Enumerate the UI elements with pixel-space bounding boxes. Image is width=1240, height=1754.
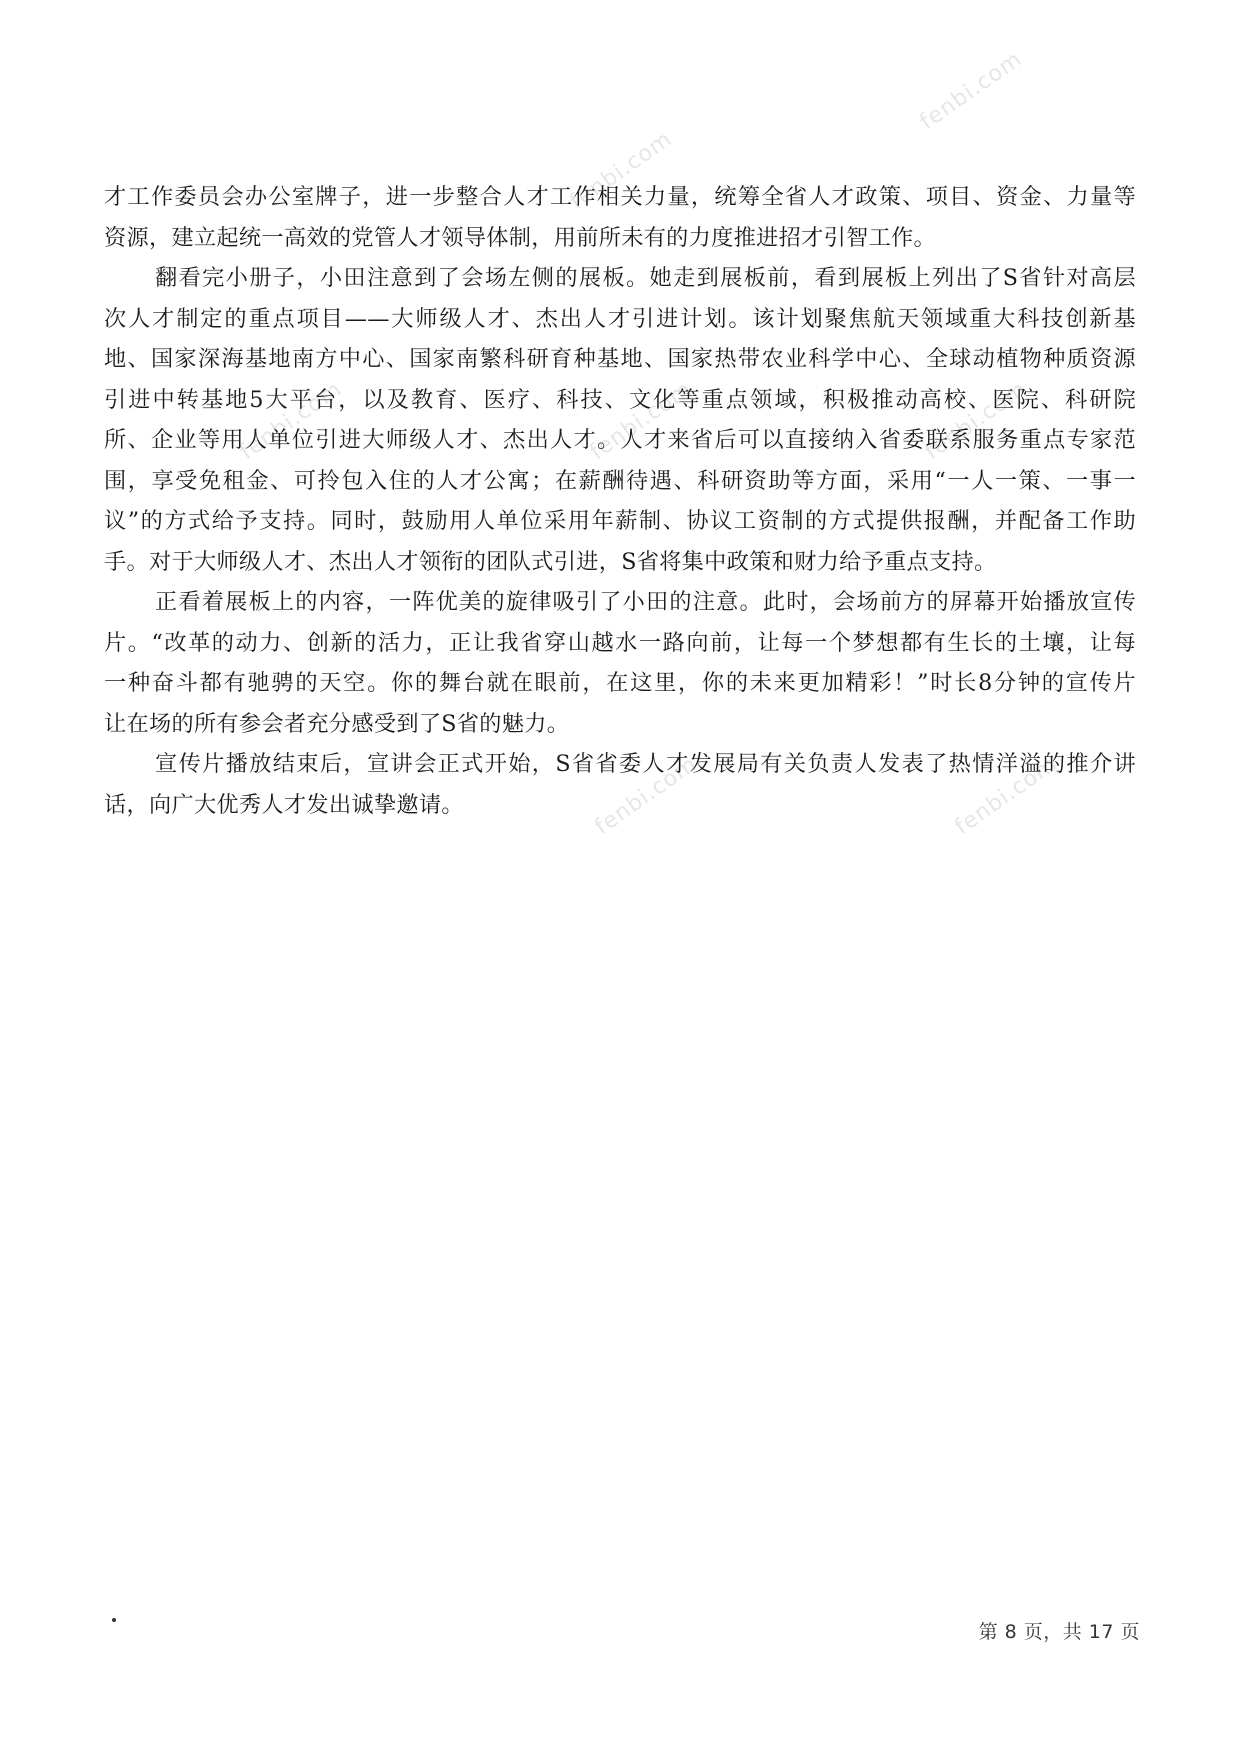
text-line: 片。“改革的动力、创新的活力，正让我省穿山越水一路向前，让每一个梦想都有生长的土… <box>104 623 1136 664</box>
text-line: 一种奋斗都有驰骋的天空。你的舞台就在眼前，在这里，你的未来更加精彩！”时长8分钟… <box>104 663 1136 704</box>
text-line: 资源，建立起统一高效的党管人才领导体制，用前所未有的力度推进招才引智工作。 <box>104 218 1136 259</box>
document-page: fenbi.com fenbi.com fenbi.com fenbi.com … <box>0 0 1240 1754</box>
paragraph-4: 宣传片播放结束后，宣讲会正式开始，S省省委人才发展局有关负责人发表了热情洋溢的推… <box>104 744 1136 825</box>
paragraph-3: 正看着展板上的内容，一阵优美的旋律吸引了小田的注意。此时，会场前方的屏幕开始播放… <box>104 582 1136 744</box>
text-line: 才工作委员会办公室牌子，进一步整合人才工作相关力量，统筹全省人才政策、项目、资金… <box>104 177 1136 218</box>
text-line: 围，享受免租金、可拎包入住的人才公寓；在薪酬待遇、科研资助等方面，采用“一人一策… <box>104 461 1136 502</box>
footer-bullet-icon <box>112 1618 116 1622</box>
paragraph-1: 才工作委员会办公室牌子，进一步整合人才工作相关力量，统筹全省人才政策、项目、资金… <box>104 177 1136 258</box>
document-body: 才工作委员会办公室牌子，进一步整合人才工作相关力量，统筹全省人才政策、项目、资金… <box>104 177 1136 825</box>
watermark: fenbi.com <box>916 47 1027 135</box>
text-line: 正看着展板上的内容，一阵优美的旋律吸引了小田的注意。此时，会场前方的屏幕开始播放… <box>104 582 1136 623</box>
text-line: 翻看完小册子，小田注意到了会场左侧的展板。她走到展板前，看到展板上列出了S省针对… <box>104 258 1136 299</box>
text-line: 议”的方式给予支持。同时，鼓励用人单位采用年薪制、协议工资制的方式提供报酬，并配… <box>104 501 1136 542</box>
page-number: 第 8 页，共 17 页 <box>979 1617 1140 1644</box>
text-line: 话，向广大优秀人才发出诚挚邀请。 <box>104 785 1136 826</box>
text-line: 让在场的所有参会者充分感受到了S省的魅力。 <box>104 704 1136 745</box>
text-line: 所、企业等用人单位引进大师级人才、杰出人才。人才来省后可以直接纳入省委联系服务重… <box>104 420 1136 461</box>
text-line: 手。对于大师级人才、杰出人才领衔的团队式引进，S省将集中政策和财力给予重点支持。 <box>104 542 1136 583</box>
text-line: 次人才制定的重点项目——大师级人才、杰出人才引进计划。该计划聚焦航天领域重大科技… <box>104 299 1136 340</box>
text-line: 地、国家深海基地南方中心、国家南繁科研育种基地、国家热带农业科学中心、全球动植物… <box>104 339 1136 380</box>
text-line: 引进中转基地5大平台，以及教育、医疗、科技、文化等重点领域，积极推动高校、医院、… <box>104 380 1136 421</box>
paragraph-2: 翻看完小册子，小田注意到了会场左侧的展板。她走到展板前，看到展板上列出了S省针对… <box>104 258 1136 582</box>
text-line: 宣传片播放结束后，宣讲会正式开始，S省省委人才发展局有关负责人发表了热情洋溢的推… <box>104 744 1136 785</box>
